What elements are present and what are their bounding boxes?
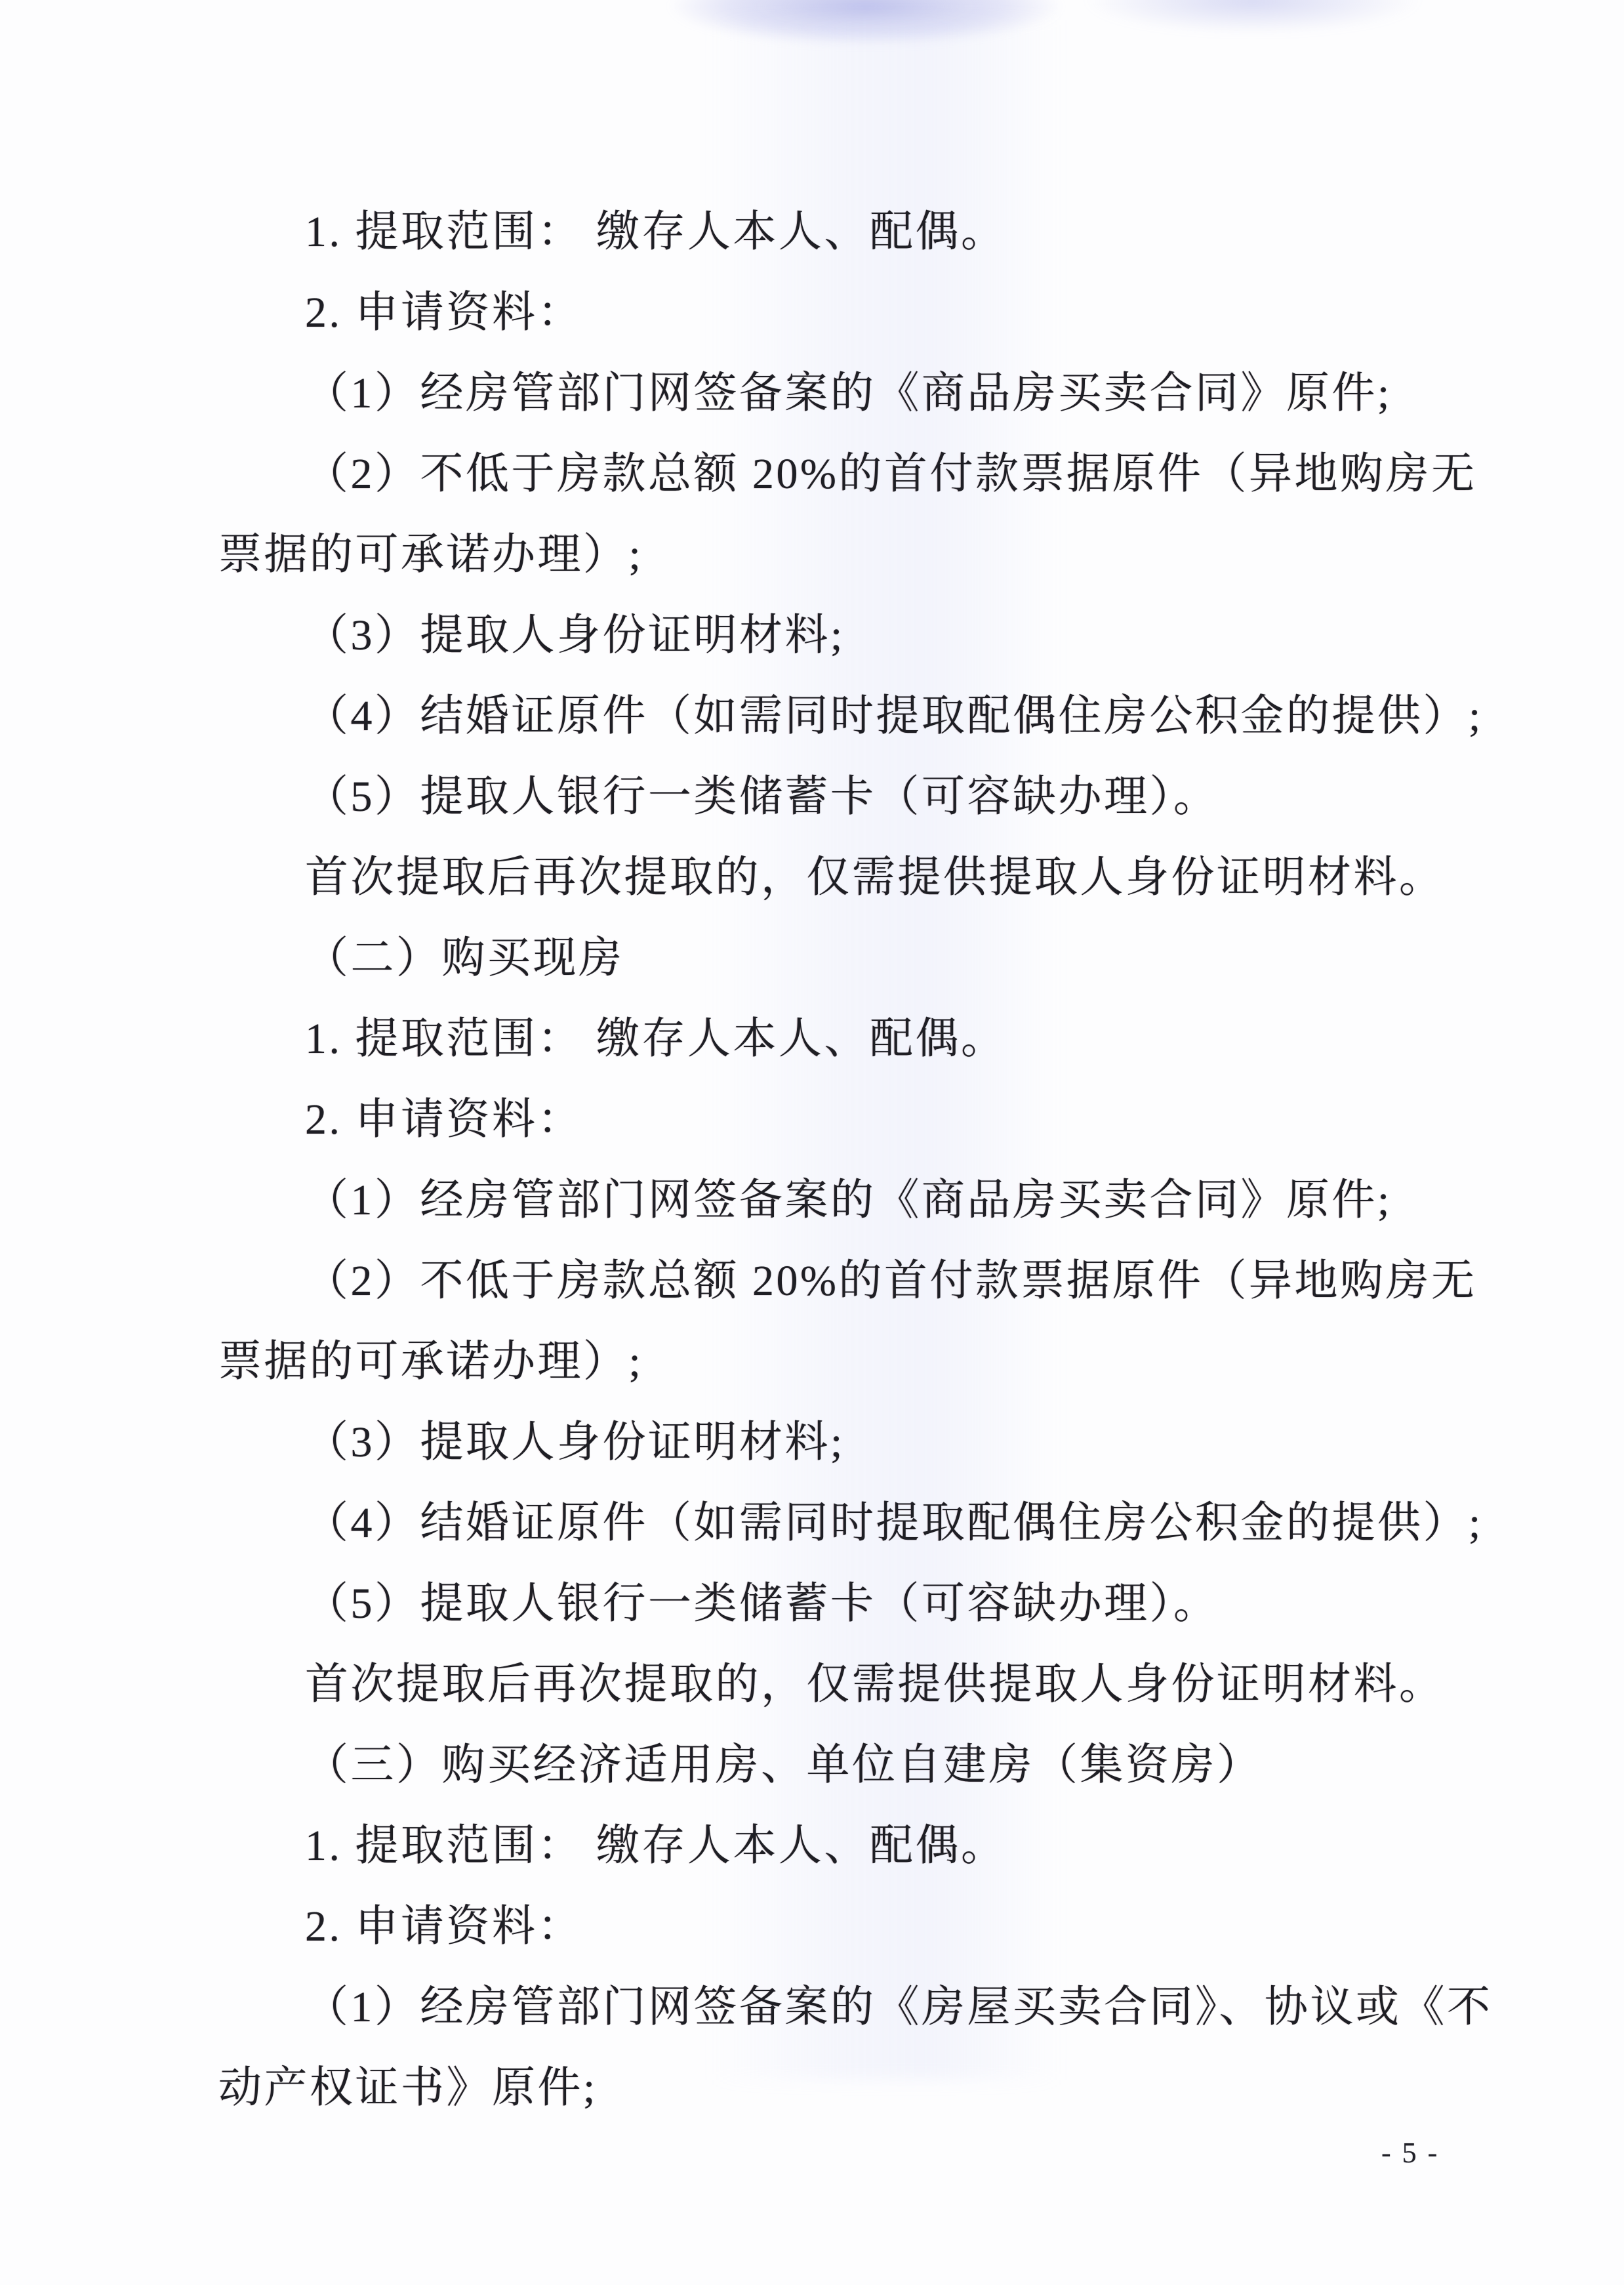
text-line: （二）购买现房: [218, 918, 1537, 998]
text-line: （3）提取人身份证明材料;: [218, 595, 1537, 676]
text-line: 首次提取后再次提取的，仅需提供提取人身份证明材料。: [218, 1644, 1537, 1725]
text-line: 2. 申请资料：: [218, 1886, 1537, 1967]
text-line: 1. 提取范围： 缴存人本人、配偶。: [218, 998, 1537, 1079]
text-line: （2）不低于房款总额 20%的首付款票据原件（异地购房无: [218, 1241, 1537, 1321]
text-line: 1. 提取范围： 缴存人本人、配偶。: [218, 192, 1537, 272]
text-line: 1. 提取范围： 缴存人本人、配偶。: [218, 1805, 1537, 1886]
text-line: 2. 申请资料：: [218, 1079, 1537, 1160]
text-line: 首次提取后再次提取的，仅需提供提取人身份证明材料。: [218, 837, 1537, 918]
text-line: （5）提取人银行一类储蓄卡（可容缺办理）。: [218, 756, 1537, 837]
text-line: （3）提取人身份证明材料;: [218, 1402, 1537, 1483]
scan-smudge-top: [659, 0, 1118, 64]
text-line: 票据的可承诺办理）;: [218, 514, 1537, 595]
document-body: 1. 提取范围： 缴存人本人、配偶。2. 申请资料：（1）经房管部门网签备案的《…: [218, 192, 1537, 2128]
text-line: 动产权证书》原件;: [218, 2048, 1537, 2128]
text-line: 2. 申请资料：: [218, 272, 1537, 353]
text-line: （2）不低于房款总额 20%的首付款票据原件（异地购房无: [218, 434, 1537, 514]
text-line: （三）购买经济适用房、单位自建房（集资房）: [218, 1725, 1537, 1805]
text-line: （4）结婚证原件（如需同时提取配偶住房公积金的提供）;: [218, 1483, 1537, 1563]
page-number: - 5 -: [1381, 2133, 1439, 2173]
text-line: （4）结婚证原件（如需同时提取配偶住房公积金的提供）;: [218, 676, 1537, 756]
document-page: 1. 提取范围： 缴存人本人、配偶。2. 申请资料：（1）经房管部门网签备案的《…: [0, 0, 1624, 2285]
text-line: 票据的可承诺办理）;: [218, 1321, 1537, 1402]
text-line: （5）提取人银行一类储蓄卡（可容缺办理）。: [218, 1563, 1537, 1644]
scan-smudge-top-right: [1066, 0, 1440, 48]
text-line: （1）经房管部门网签备案的《房屋买卖合同》、协议或《不: [218, 1967, 1537, 2048]
text-line: （1）经房管部门网签备案的《商品房买卖合同》原件;: [218, 1160, 1537, 1241]
text-line: （1）经房管部门网签备案的《商品房买卖合同》原件;: [218, 353, 1537, 434]
